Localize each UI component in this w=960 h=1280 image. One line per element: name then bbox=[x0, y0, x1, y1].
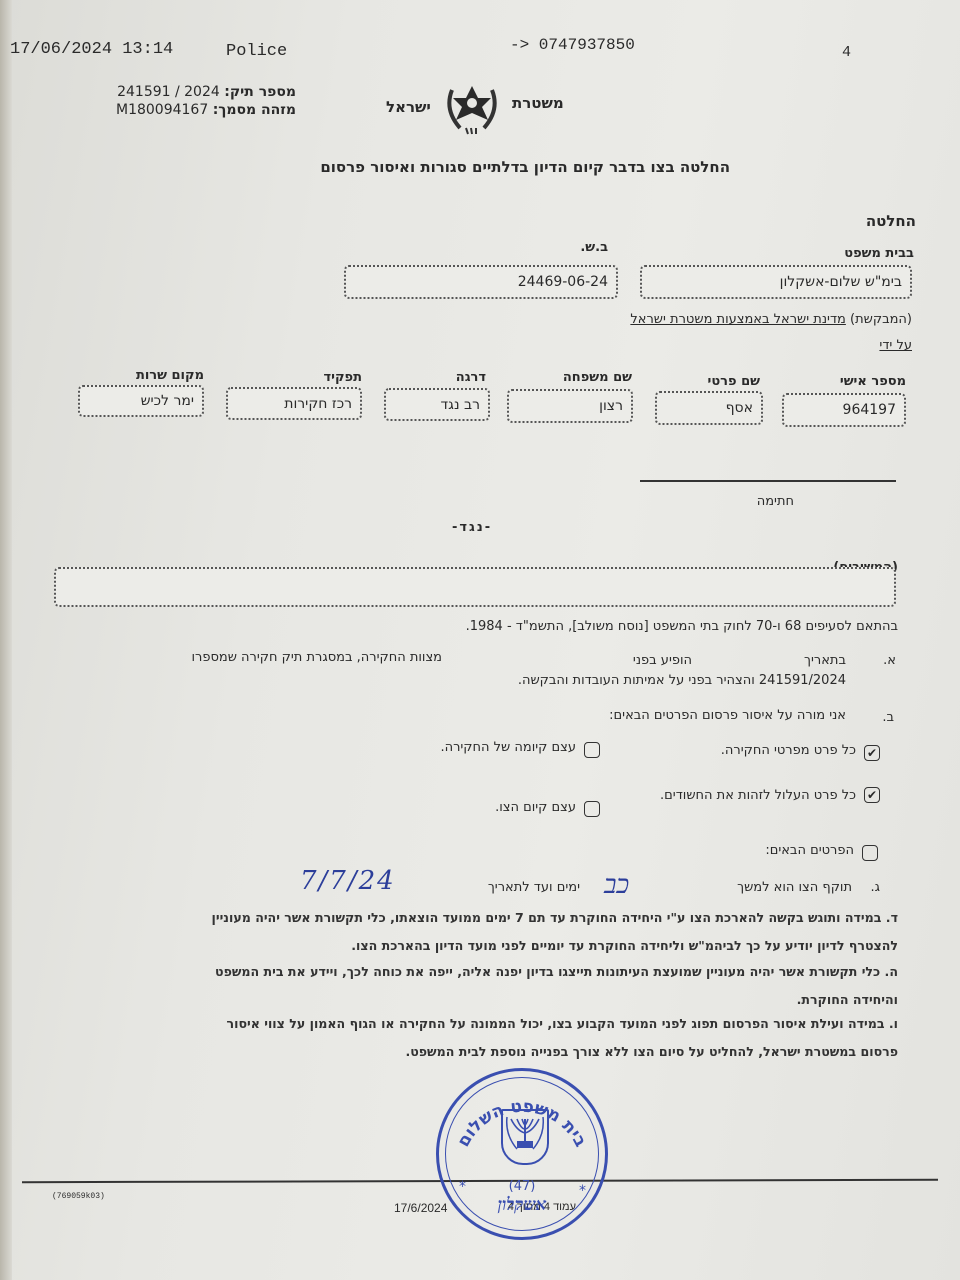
document-page: 17/06/2024 13:14 Police -> 0747937850 4 … bbox=[0, 0, 960, 1280]
document-title: החלטה בצו בדבר קיום הדיון בדלתיים סגורות… bbox=[200, 158, 730, 176]
clause-a-marker: א. bbox=[860, 653, 896, 668]
rank-value: רב נגד bbox=[441, 397, 480, 413]
court-stamp: בית משפט השלום * * (47) אשקלון bbox=[436, 1068, 608, 1240]
rank-field[interactable]: רב נגד bbox=[384, 388, 490, 421]
clause-e-line-1: ה. כלי תקשורת אשר יהיה מעוניין שמועצת הע… bbox=[28, 958, 898, 986]
clause-c-text-2: ימים ועד לתאריך bbox=[420, 880, 580, 895]
clause-b-marker: ב. bbox=[860, 710, 894, 725]
clause-f: ו. במידה ועילת איסור הפרסום תפוג לפני המ… bbox=[28, 1010, 898, 1066]
clause-f-line-2: פרסום במשטרת ישראל, להחליט על סיום הצו ל… bbox=[28, 1038, 898, 1066]
first-name-field[interactable]: אסף bbox=[655, 391, 763, 425]
requester-label: (המבקשת) bbox=[850, 312, 912, 327]
clause-c-text-1: תוקף הצו הוא למשך bbox=[700, 880, 852, 895]
legal-basis: בהתאם לסעיפים 68 ו-70 לחוק בתי המשפט [נו… bbox=[330, 619, 898, 634]
option-existence-of-investigation: עצם קיומה של החקירה. bbox=[380, 740, 576, 755]
signature-line[interactable] bbox=[640, 480, 896, 482]
checkbox-existence-of-order[interactable] bbox=[584, 801, 600, 817]
clause-f-line-1: ו. במידה ועילת איסור הפרסום תפוג לפני המ… bbox=[28, 1010, 898, 1038]
option-investigation-details: כל פרט מפרטי החקירה. bbox=[640, 743, 856, 758]
court-value: בימ"ש שלום-אשקלון bbox=[780, 274, 902, 290]
fax-page-number: 4 bbox=[842, 44, 851, 61]
clause-c-marker: ג. bbox=[858, 880, 880, 895]
file-info: מספר תיק: 241591 / 2024 מזהה מסמך: M1800… bbox=[80, 83, 296, 119]
clause-a-appeared-label: הופיע בפני bbox=[580, 653, 692, 668]
menorah-emblem-icon bbox=[501, 1109, 549, 1165]
respondents-field[interactable] bbox=[54, 567, 896, 607]
service-place-value: ימר לכיש bbox=[141, 393, 194, 409]
clause-a-text-1: מצוות החקירה, במסגרת תיק חקירה שמספרו bbox=[120, 650, 442, 665]
fax-sender: Police bbox=[226, 42, 287, 61]
by-label: על ידי bbox=[800, 338, 912, 353]
document-id: M180094167 bbox=[116, 102, 208, 118]
section-heading: החלטה bbox=[780, 212, 916, 230]
first-name-value: אסף bbox=[726, 400, 753, 416]
versus-label: -נגד- bbox=[452, 520, 492, 535]
checkbox-following-details[interactable] bbox=[862, 845, 878, 861]
file-number-label: מספר תיק: bbox=[224, 84, 296, 100]
form-code: (769059k03) bbox=[52, 1192, 105, 1201]
service-place-field[interactable]: ימר לכיש bbox=[78, 385, 204, 417]
checkbox-identify-suspects[interactable]: ✔ bbox=[864, 787, 880, 803]
officer-label-personal-number: מספר אישי bbox=[780, 374, 906, 389]
clause-e: ה. כלי תקשורת אשר יהיה מעוניין שמועצת הע… bbox=[28, 958, 898, 1014]
personal-number-value: 964197 bbox=[843, 402, 896, 418]
clause-a-text-2: 241591/2024 והצהיר בפני על אמיתות העובדו… bbox=[410, 673, 846, 688]
check-icon: ✔ bbox=[867, 747, 877, 759]
fax-datetime: 17/06/2024 13:14 bbox=[10, 40, 173, 59]
last-name-value: רצון bbox=[599, 398, 623, 414]
org-name-israel: ישראל bbox=[386, 98, 431, 116]
requester-value: מדינת ישראל באמצעות משטרת ישראל bbox=[630, 312, 846, 327]
clause-b-text: אני מורה על איסור פרסום הפרטים הבאים: bbox=[520, 708, 846, 723]
stamp-number: (47) bbox=[439, 1179, 605, 1194]
role-field[interactable]: רכז חקירות bbox=[226, 387, 362, 420]
court-field[interactable]: בימ"ש שלום-אשקלון bbox=[640, 265, 912, 299]
personal-number-field[interactable]: 964197 bbox=[782, 393, 906, 427]
officer-label-first-name: שם פרטי bbox=[656, 374, 760, 389]
stamp-bottom-text: אשקלון bbox=[439, 1195, 605, 1215]
officer-label-service-place: מקום שרות bbox=[78, 368, 204, 383]
clause-d-line-2: להצטרף לדיון יודיע על כך לביהמ"ש וליחידה… bbox=[28, 932, 898, 960]
option-existence-of-order: עצם קיום הצו. bbox=[420, 800, 576, 815]
file-number: 241591 / 2024 bbox=[117, 84, 220, 100]
checkbox-existence-of-investigation[interactable] bbox=[584, 742, 600, 758]
signature-label: חתימה bbox=[700, 494, 794, 509]
option-identify-suspects: כל פרט העלול לזהות את החשודים. bbox=[660, 784, 856, 808]
role-value: רכז חקירות bbox=[284, 396, 352, 412]
israel-police-emblem-icon bbox=[442, 80, 502, 136]
clause-d-line-1: ד. במידה ותוגש בקשה להארכת הצו ע"י היחיד… bbox=[28, 904, 898, 932]
case-number-label: ב.ש. bbox=[520, 240, 608, 255]
officer-label-rank: דרגה bbox=[384, 370, 486, 385]
officer-label-last-name: שם משפחה bbox=[506, 370, 632, 385]
option-following-details: הפרטים הבאים: bbox=[700, 843, 854, 858]
last-name-field[interactable]: רצון bbox=[507, 389, 633, 423]
case-number-field[interactable]: 24469-06-24 bbox=[344, 265, 618, 299]
officer-label-role: תפקיד bbox=[226, 370, 362, 385]
handwritten-date: 7/7/24 bbox=[300, 866, 396, 896]
requester-line: (המבקשת) מדינת ישראל באמצעות משטרת ישראל bbox=[400, 312, 912, 327]
handwritten-days: כב bbox=[604, 870, 629, 900]
case-number-value: 24469-06-24 bbox=[518, 274, 608, 290]
clause-d: ד. במידה ותוגש בקשה להארכת הצו ע"י היחיד… bbox=[28, 904, 898, 960]
document-id-label: מזהה מסמך: bbox=[213, 102, 296, 118]
clause-a-date-label: בתאריך bbox=[750, 653, 846, 668]
fax-destination: -> 0747937850 bbox=[510, 36, 635, 54]
check-icon: ✔ bbox=[867, 789, 877, 801]
page-edge bbox=[0, 0, 12, 1280]
court-label: בבית משפט bbox=[780, 246, 914, 261]
org-name-police: משטרת bbox=[512, 94, 564, 112]
checkbox-investigation-details[interactable]: ✔ bbox=[864, 745, 880, 761]
